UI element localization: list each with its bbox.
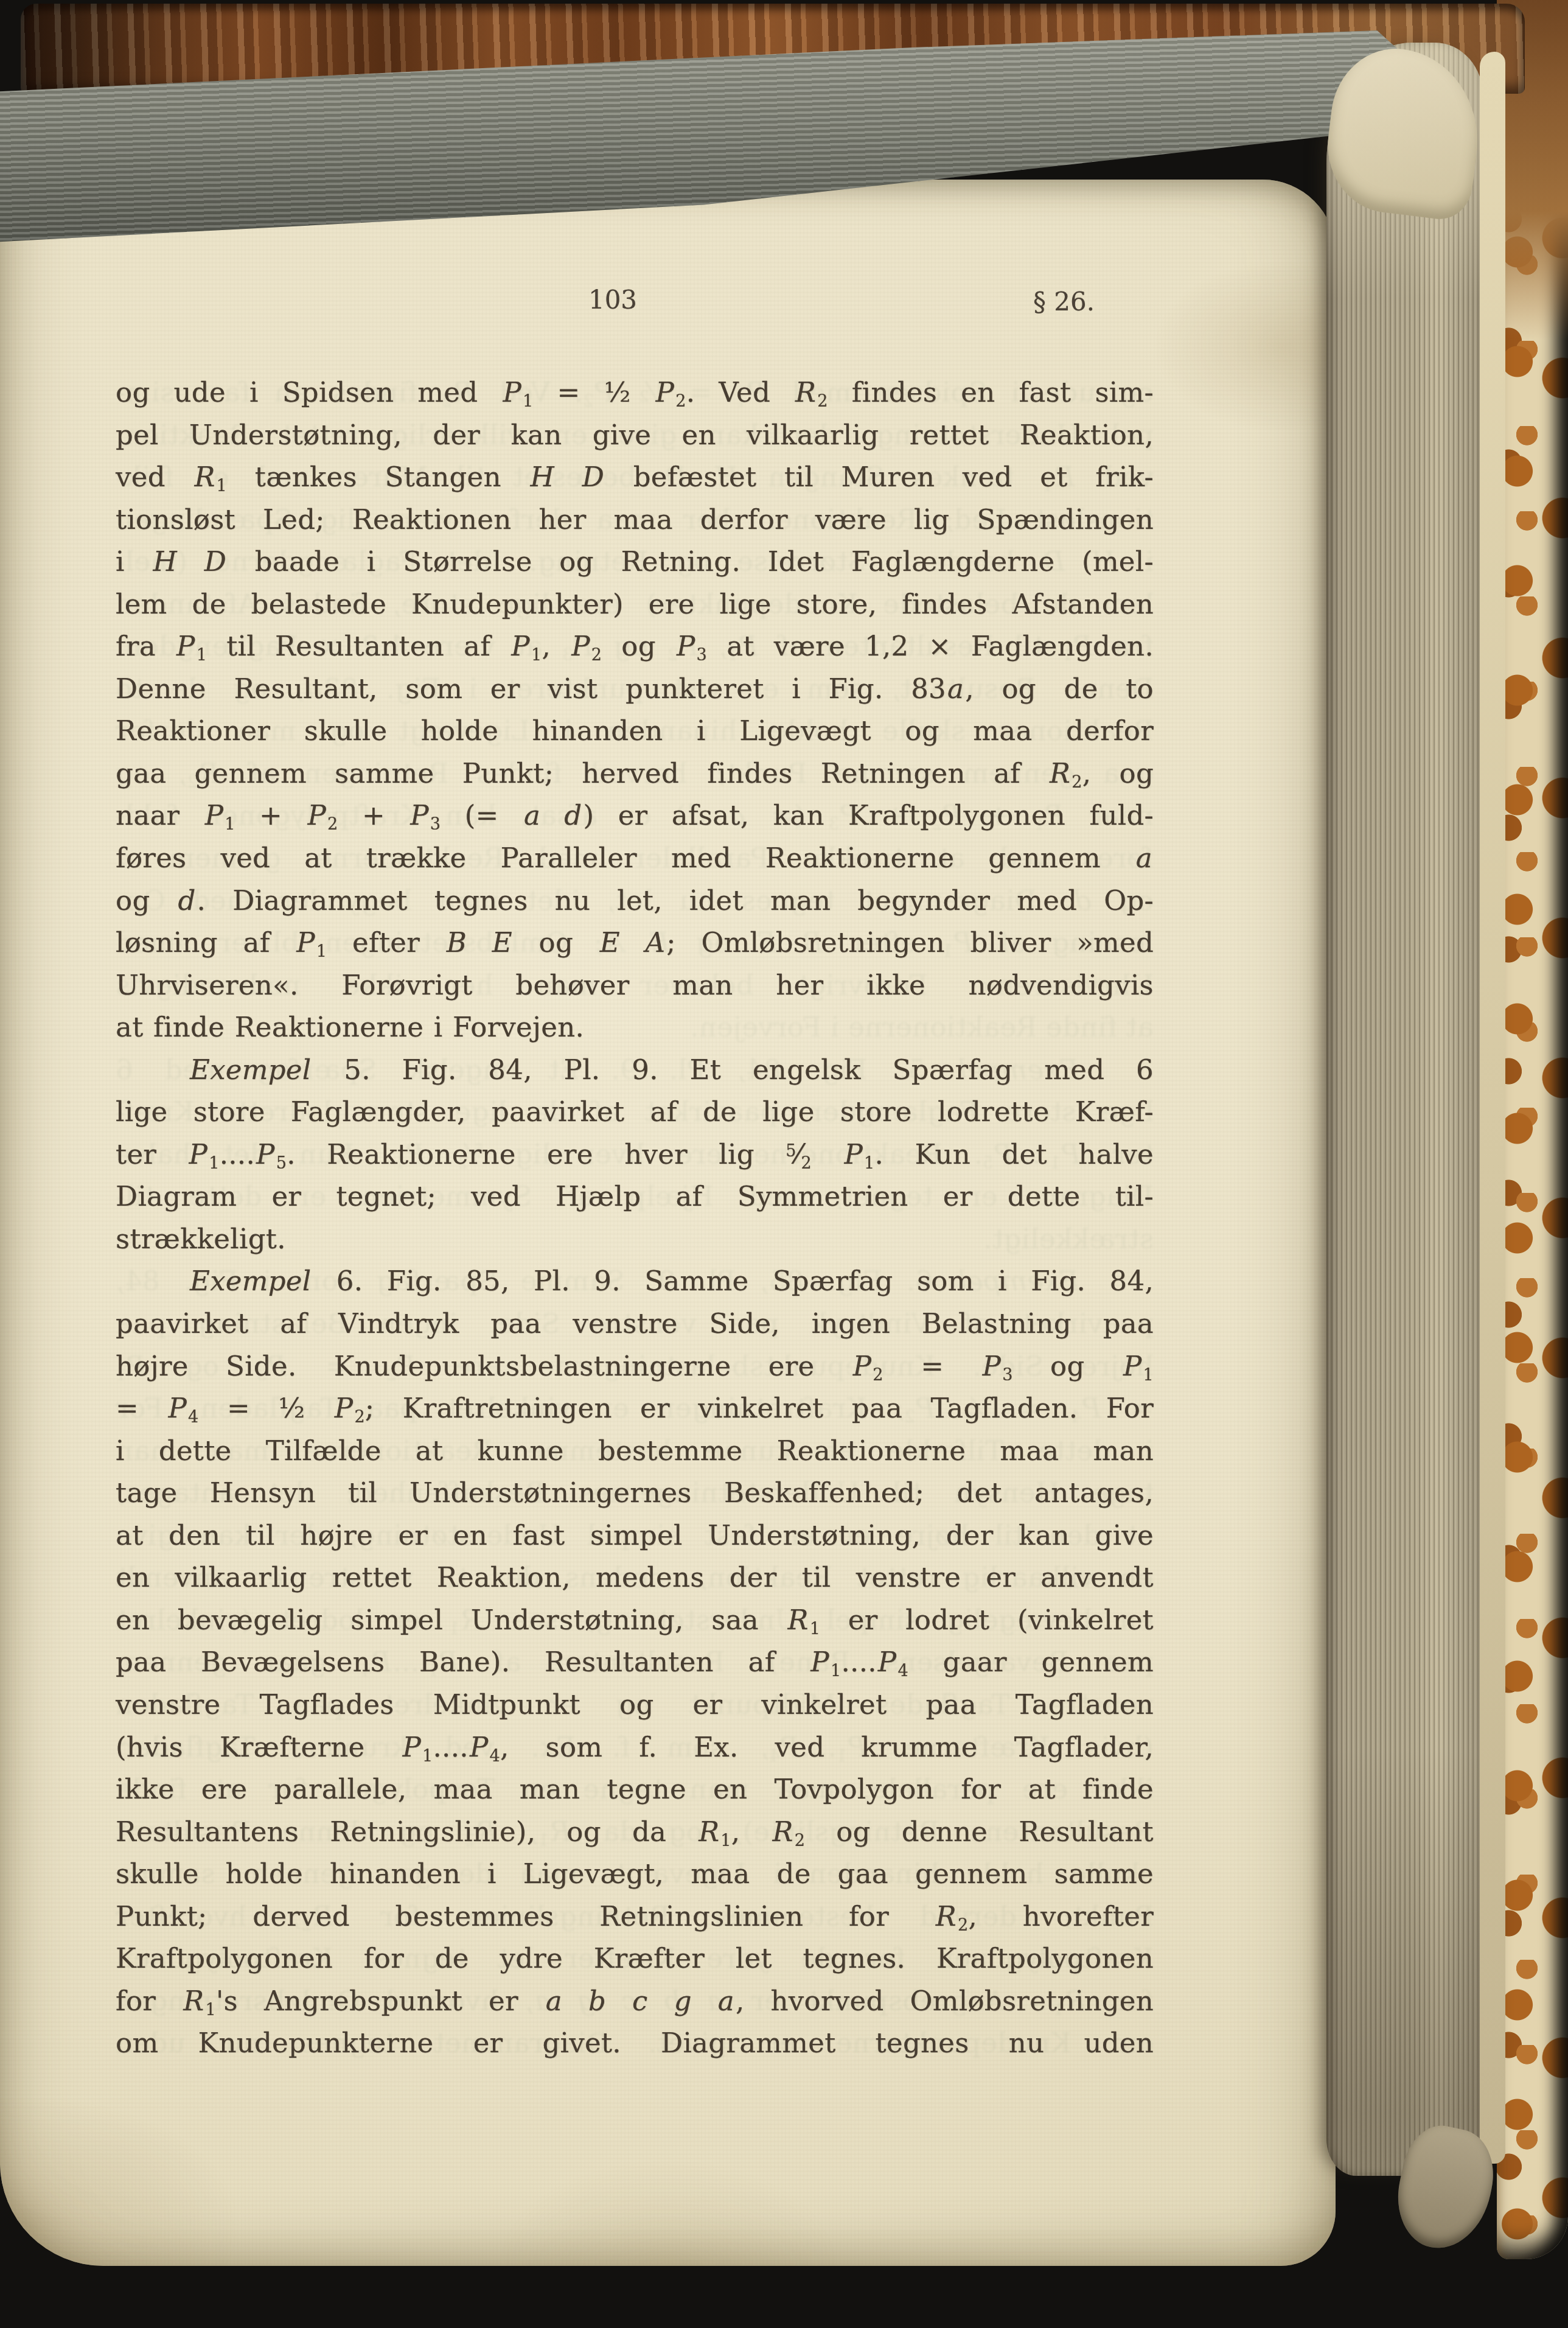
text-line: naar P1 + P2 + P3 (= a d) er afsat, kan … (116, 794, 1154, 837)
book-cover-right-marbled (1497, 0, 1568, 2259)
text-line: gaa gennem samme Punkt; herved findes Re… (116, 752, 1154, 795)
text-line: ter P1....P5. Reaktionerne ere hver lig … (116, 1133, 1154, 1176)
text-line: højre Side. Knudepunktsbelastningerne er… (116, 1345, 1154, 1388)
text-line: løsning af P1 efter B E og E A; Omløbsre… (116, 921, 1154, 964)
text-line: tionsløst Led; Reaktionen her maa derfor… (116, 498, 1154, 541)
text-line: lem de belastede Knudepunkter) ere lige … (116, 583, 1154, 626)
text-line: en bevægelig simpel Understøtning, saa R… (116, 1599, 1154, 1641)
text-line: Reaktioner skulle holde hinanden i Ligev… (116, 710, 1154, 752)
text-line: lige store Faglængder, paavirket af de l… (116, 1091, 1154, 1133)
text-line: venstre Tagflades Midtpunkt og er vinkel… (116, 1683, 1154, 1726)
text-line: Diagram er tegnet; ved Hjælp af Symmetri… (116, 1175, 1154, 1218)
text-line: Kraftpolygonen for de ydre Kræfter let t… (116, 1937, 1154, 1980)
page-header: 103 § 26. (116, 285, 1154, 321)
text-line: og d. Diagrammet tegnes nu let, idet man… (116, 879, 1154, 922)
text-line: pel Understøtning, der kan give en vilka… (116, 414, 1154, 456)
page-number: 103 (94, 285, 1132, 315)
text-line: = P4 = ½ P2; Kraftretningen er vinkelret… (116, 1387, 1154, 1430)
text-line: ved R1 tænkes Stangen H D befæstet til M… (116, 456, 1154, 498)
text-line: føres ved at trække Paralleler med Reakt… (116, 837, 1154, 879)
book-fore-edge-highlight (1480, 52, 1505, 2164)
text-line: skulle holde hinanden i Ligevægt, maa de… (116, 1853, 1154, 1895)
book-fore-edge-pages (1326, 43, 1483, 2176)
text-line: paa Bevægelsens Bane). Resultanten af P1… (116, 1641, 1154, 1683)
text-line: for R1's Angrebspunkt er a b c g a, hvor… (116, 1980, 1154, 2022)
scanned-book-page: og ude i Spidsen med P1 = ½ P2. Ved R2 f… (0, 0, 1568, 2328)
text-line: fra P1 til Resultanten af P1, P2 og P3 a… (116, 625, 1154, 668)
text-line: en vilkaarlig rettet Reaktion, medens de… (116, 1556, 1154, 1599)
text-line: Resultantens Retningslinie), og da R1, R… (116, 1811, 1154, 1853)
text-line: i dette Tilfælde at kunne bestemme Reakt… (116, 1430, 1154, 1472)
text-line: at den til højre er en fast simpel Under… (116, 1514, 1154, 1557)
section-number: § 26. (1033, 287, 1095, 316)
text-line: Denne Resultant, som er vist punkteret i… (116, 668, 1154, 710)
text-line: i H D baade i Størrelse og Retning. Idet… (116, 540, 1154, 583)
body-text: og ude i Spidsen med P1 = ½ P2. Ved R2 f… (116, 371, 1154, 2064)
text-line: Exempel 5. Fig. 84, Pl. 9. Et engelsk Sp… (116, 1049, 1154, 1091)
text-line: Exempel 6. Fig. 85, Pl. 9. Samme Spærfag… (116, 1260, 1154, 1302)
text-line: at finde Reaktionerne i Forvejen. (116, 1006, 1154, 1049)
text-line: Punkt; derved bestemmes Retningslinien f… (116, 1895, 1154, 1938)
text-line: om Knudepunkterne er givet. Diagrammet t… (116, 2022, 1154, 2064)
text-line: paavirket af Vindtryk paa venstre Side, … (116, 1302, 1154, 1345)
text-line: Uhrviseren«. Forøvrigt behøver man her i… (116, 964, 1154, 1007)
text-line: og ude i Spidsen med P1 = ½ P2. Ved R2 f… (116, 371, 1154, 414)
text-line: strækkeligt. (116, 1218, 1154, 1260)
text-line: tage Hensyn til Understøtningernes Beska… (116, 1472, 1154, 1514)
text-line: (hvis Kræfterne P1....P4, som f. Ex. ved… (116, 1726, 1154, 1769)
text-line: ikke ere parallele, maa man tegne en Tov… (116, 1768, 1154, 1811)
